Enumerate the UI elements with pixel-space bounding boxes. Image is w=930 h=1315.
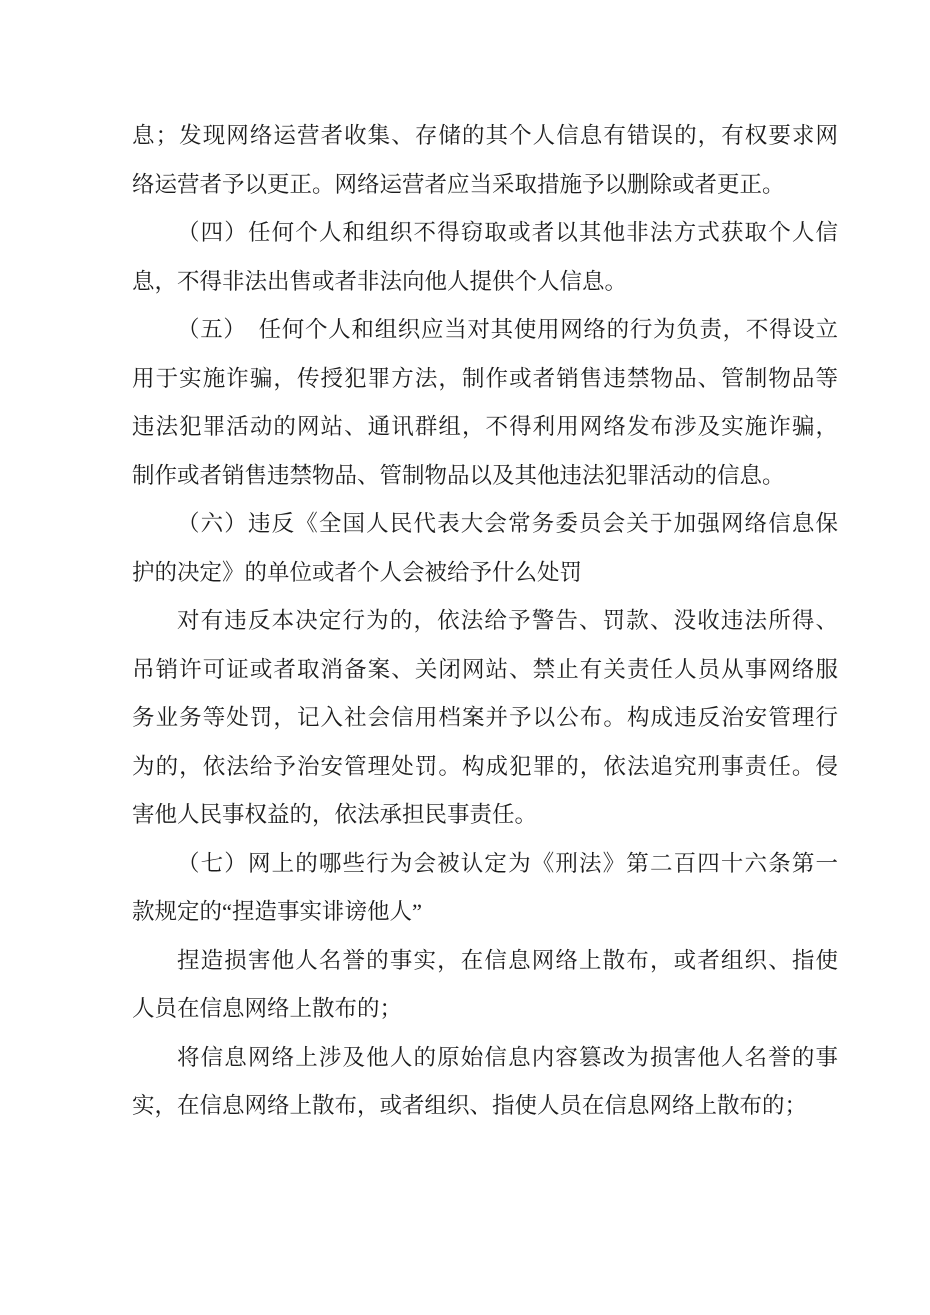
- text-line: 害他人民事权益的，依法承担民事责任。: [132, 791, 838, 840]
- paragraph: （六）违反《全国人民代表大会常务委员会关于加强网络信息保护的决定》的单位或者个人…: [132, 500, 838, 597]
- text-line: 息，不得非法出售或者非法向他人提供个人信息。: [132, 258, 838, 307]
- text-line: 务业务等处罚，记入社会信用档案并予以公布。构成违反治安管理行: [132, 694, 838, 743]
- text-line: （六）违反《全国人民代表大会常务委员会关于加强网络信息保: [132, 500, 838, 549]
- text-line: 吊销许可证或者取消备案、关闭网站、禁止有关责任人员从事网络服: [132, 646, 838, 695]
- document-text: 息；发现网络运营者收集、存储的其个人信息有错误的，有权要求网络运营者予以更正。网…: [132, 112, 838, 1131]
- text-line: 违法犯罪活动的网站、通讯群组，不得利用网络发布涉及实施诈骗，: [132, 403, 838, 452]
- paragraph: （五） 任何个人和组织应当对其使用网络的行为负责，不得设立用于实施诈骗，传授犯罪…: [132, 306, 838, 500]
- text-line: 款规定的“捏造事实诽谤他人”: [132, 888, 838, 937]
- paragraph: 息；发现网络运营者收集、存储的其个人信息有错误的，有权要求网络运营者予以更正。网…: [132, 112, 838, 209]
- paragraph: 对有违反本决定行为的，依法给予警告、罚款、没收违法所得、吊销许可证或者取消备案、…: [132, 597, 838, 840]
- paragraph: 捏造损害他人名誉的事实，在信息网络上散布，或者组织、指使人员在信息网络上散布的；: [132, 937, 838, 1034]
- text-line: 将信息网络上涉及他人的原始信息内容篡改为损害他人名誉的事: [132, 1034, 838, 1083]
- text-line: 用于实施诈骗，传授犯罪方法，制作或者销售违禁物品、管制物品等: [132, 355, 838, 404]
- text-line: 络运营者予以更正。网络运营者应当采取措施予以删除或者更正。: [132, 161, 838, 210]
- paragraph: （四）任何个人和组织不得窃取或者以其他非法方式获取个人信息，不得非法出售或者非法…: [132, 209, 838, 306]
- text-line: 捏造损害他人名誉的事实，在信息网络上散布，或者组织、指使: [132, 937, 838, 986]
- text-line: （五） 任何个人和组织应当对其使用网络的行为负责，不得设立: [132, 306, 838, 355]
- text-line: 人员在信息网络上散布的；: [132, 985, 838, 1034]
- document-page: 息；发现网络运营者收集、存储的其个人信息有错误的，有权要求网络运营者予以更正。网…: [0, 0, 930, 1315]
- text-line: （七）网上的哪些行为会被认定为《刑法》第二百四十六条第一: [132, 840, 838, 889]
- text-line: （四）任何个人和组织不得窃取或者以其他非法方式获取个人信: [132, 209, 838, 258]
- text-line: 护的决定》的单位或者个人会被给予什么处罚: [132, 549, 838, 598]
- text-line: 对有违反本决定行为的，依法给予警告、罚款、没收违法所得、: [132, 597, 838, 646]
- text-line: 实，在信息网络上散布，或者组织、指使人员在信息网络上散布的；: [132, 1082, 838, 1131]
- paragraph: （七）网上的哪些行为会被认定为《刑法》第二百四十六条第一款规定的“捏造事实诽谤他…: [132, 840, 838, 937]
- text-line: 制作或者销售违禁物品、管制物品以及其他违法犯罪活动的信息。: [132, 452, 838, 501]
- paragraph: 将信息网络上涉及他人的原始信息内容篡改为损害他人名誉的事实，在信息网络上散布，或…: [132, 1034, 838, 1131]
- text-line: 息；发现网络运营者收集、存储的其个人信息有错误的，有权要求网: [132, 112, 838, 161]
- text-line: 为的，依法给予治安管理处罚。构成犯罪的，依法追究刑事责任。侵: [132, 743, 838, 792]
